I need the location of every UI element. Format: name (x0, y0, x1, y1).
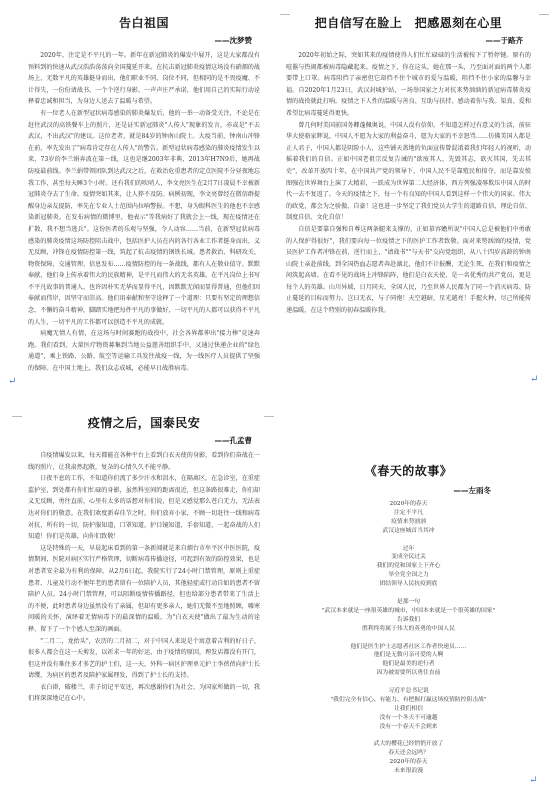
poem-line: 他们是医生护士志愿者社区工作者快递员…… (286, 643, 531, 652)
poem-line: 2020年的春天 (286, 500, 531, 509)
page-3-title: 疫情之后，国泰民安 (28, 414, 260, 431)
page-corner-mark (539, 14, 549, 15)
poem-line: 春天还会远吗？ (286, 749, 531, 758)
page-1-author: ——沈梦赞 (28, 35, 252, 46)
poem-line: 告诉我们 (286, 616, 531, 625)
poem-line: 因为被需要所以勇往直前 (286, 669, 531, 678)
page-2-paragraph: 曾几何时美国前国务卿蓬佩奥说，中国人没有信仰，不知道怎样过有意义的生活，前驻华大… (286, 120, 531, 224)
poem-line: 让我们相信 (286, 705, 531, 714)
poem-line: 他们是最美的逆行者 (286, 660, 531, 669)
poem-line: 没有一个冬天不可逾越 (286, 714, 531, 723)
poem-line: 武汉这座城首当其冲 (286, 527, 531, 536)
poem-line: 武大的樱花已经悄悄开放了 (286, 740, 531, 749)
page-3-paragraph: 自疫情爆发以来，每天都能在各种平台上看到白衣天使的身影，看到你们奋战在一线的照片… (28, 450, 260, 473)
poem-body: 2020年的春天 注定不平凡 疫情来势汹汹 武汉这座城首当其冲 过年 变成全民过… (286, 500, 531, 776)
page-2-paragraph: 自信是要靠自强和自尊这两条腿来支撑的，正如慕容蟾所说"中国人总是被他们中勇敢的人… (286, 224, 531, 317)
poem-blank-line (286, 536, 531, 545)
page-1-paragraph: 2020年，注定是不平凡的一年。新年在新冠肺炎的爆发中展开，这是大家都没有预料到… (28, 50, 260, 108)
poem-blank-line (286, 634, 531, 643)
poem-line: 未来很浪漫 (286, 767, 531, 776)
poem-line: 举全党全国之力 (286, 571, 531, 580)
poem-line: "我们完全有信心、有能力、有把握打赢这场疫情防控阻击战" (286, 696, 531, 705)
document-page-2: 把自信写在脸上 把感恩刻在心里 ——于路齐 2020年初始之际，突如其来的疫情使… (276, 0, 553, 378)
document-page-4: 《春天的故事》 ——左雨冬 2020年的春天 注定不平凡 疫情来势汹汹 武汉这座… (276, 400, 553, 793)
page-1-paragraph: 病魔无情人有情，在这场与时间赛跑的战役中，社会各界都伸出"接力棒"竞速奔跑。我们… (28, 328, 260, 374)
page-corner-mark (280, 14, 290, 15)
page-3-author: ——孔孟曹 (28, 435, 252, 446)
page-1-title: 告白祖国 (28, 14, 260, 31)
page-3-paragraph: "二月二，龙抬头"，农历的二月初二，对于中国人来说是个寓意着吉利的好日子，很多人… (28, 636, 260, 682)
poem-blank-line (286, 732, 531, 741)
poem-line: 团结领导人民抗疫到底 (286, 580, 531, 589)
page-1-paragraph: 有一位老人在新型冠状病毒感染的肺炎爆发后，他的一举一动备受关注，不论是在赶往武汉… (28, 108, 260, 328)
poem-blank-line (286, 678, 531, 687)
page-corner-mark (12, 416, 22, 417)
poem-line: 疫情来势汹汹 (286, 518, 531, 527)
poem-line: 过年 (286, 545, 531, 554)
page-2-title: 把自信写在脸上 把感恩刻在心里 (286, 14, 531, 31)
poem-line: "武汉本来就是一座很英雄的城市，中国本来就是一个很英雄的国家" (286, 607, 531, 616)
page-3-paragraph: 这是特殊的一天，早晨起床看到的第一条新闻就是来自烟台市牟平区中医医院，疫情期间，… (28, 543, 260, 636)
poem-line: 他们是无数可亲可爱的人啊 (286, 651, 531, 660)
page-3-paragraph: 日夜不息的工作，不知道你们流了多少汗水和泪水，在隔离区，在急诊室，在重症监护室，… (28, 473, 260, 543)
poem-line: 注定不平凡 (286, 509, 531, 518)
page-4-author: ——左雨冬 (286, 485, 491, 496)
document-page-3: 疫情之后，国泰民安 ——孔孟曹 自疫情爆发以来，每天都能在各种平台上看到白衣天使… (0, 400, 276, 793)
return-mark-icon: ↵ (529, 775, 537, 786)
page-corner-mark (264, 416, 274, 417)
page-3-paragraph: 衣白褂，破楼兰，赤子切记平安还，再次感谢你们为社会、为国家所做的一切，我们将深深… (28, 682, 260, 705)
poem-line: 我们的党和国家上下齐心 (286, 562, 531, 571)
poem-line: 胜利终将属于伟大的英勇的中国人民 (286, 625, 531, 634)
return-mark-icon: ↵ (530, 374, 538, 385)
poem-line: 没有一个春天不会到来 (286, 723, 531, 732)
poem-line: 是那一句 (286, 598, 531, 607)
page-2-paragraph: 2020年初始之际，突如其来的疫情使得人们忙忙碌碌的生活被按下了暂停键。原有的喧… (286, 50, 531, 120)
document-page-1: 告白祖国 ——沈梦赞 2020年，注定是不平凡的一年。新年在新冠肺炎的爆发中展开… (0, 0, 276, 378)
poem-line: 习近平总书记说 (286, 687, 531, 696)
poem-line: 变成全民过关 (286, 553, 531, 562)
page-2-author: ——于路齐 (286, 35, 523, 46)
return-mark-icon: ↵ (8, 376, 16, 387)
page-4-title: 《春天的故事》 (286, 462, 531, 479)
poem-line: 2020年的春天 (286, 758, 531, 767)
poem-blank-line (286, 589, 531, 598)
